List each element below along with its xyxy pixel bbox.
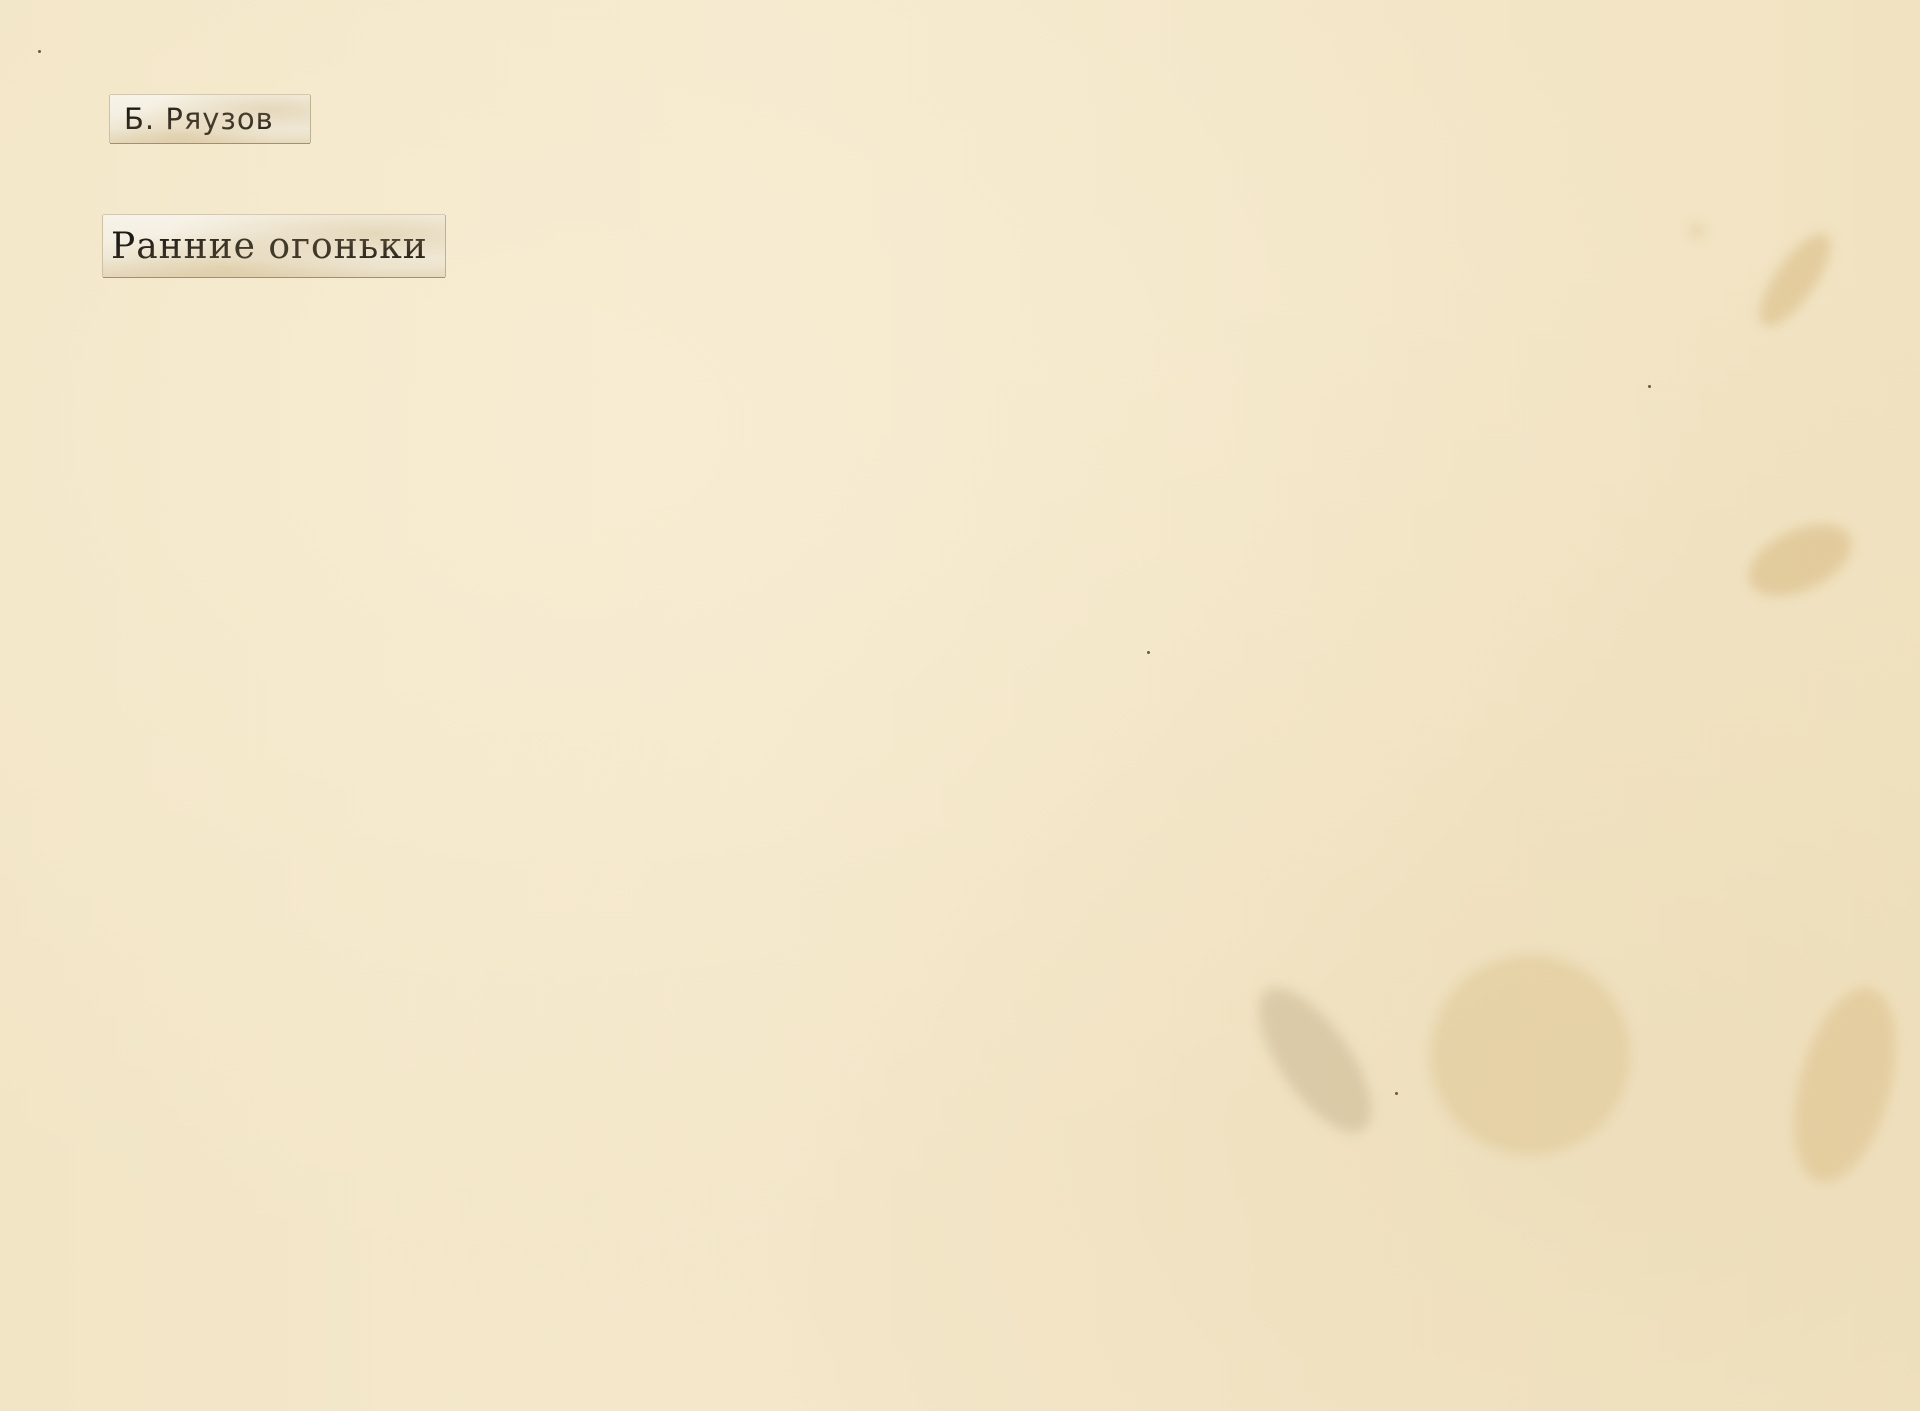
paper-background [0, 0, 1920, 1411]
speck [38, 50, 41, 53]
speck [1395, 1092, 1398, 1095]
author-label: Б. Ряузов [110, 95, 310, 143]
title-text: Ранние огоньки [111, 226, 428, 267]
author-text: Б. Ряузов [124, 102, 274, 136]
title-label: Ранние огоньки [103, 215, 445, 277]
speck [1147, 651, 1150, 654]
speck [1648, 385, 1651, 388]
